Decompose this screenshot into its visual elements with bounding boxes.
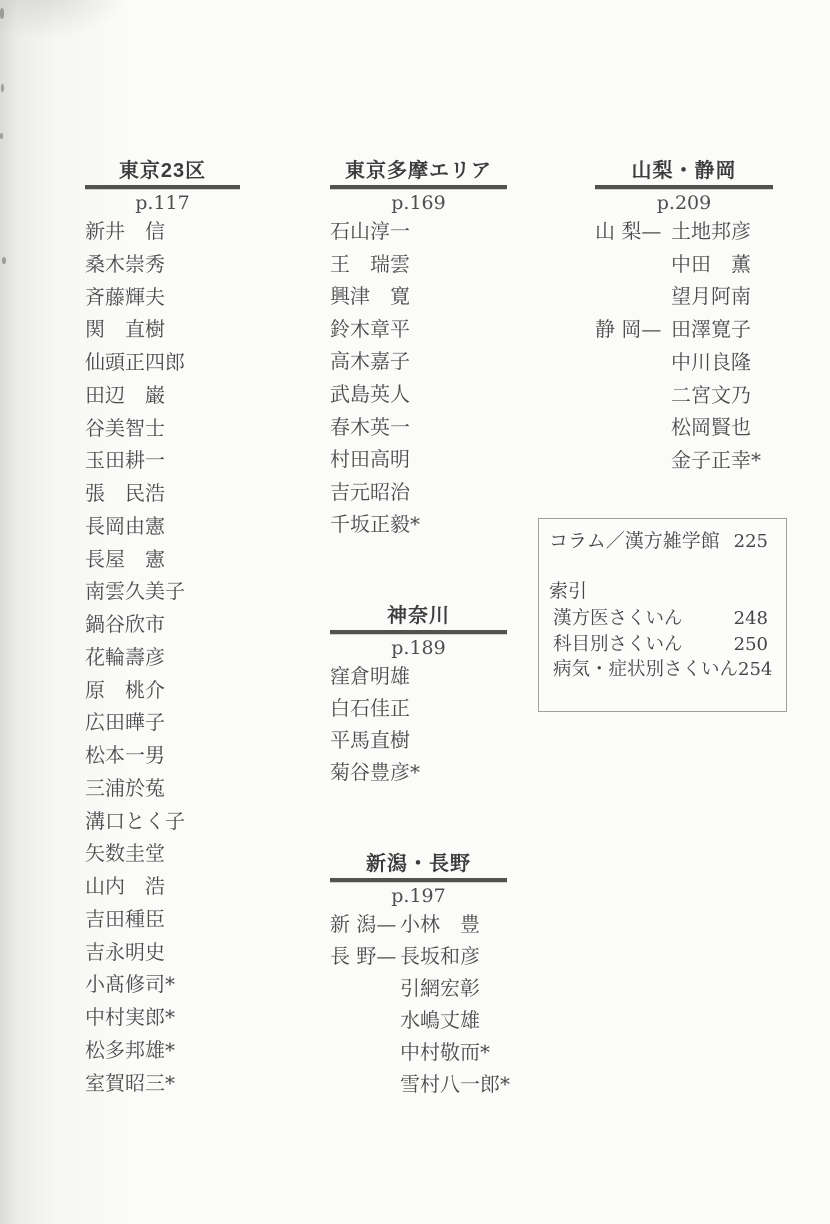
scan-artifact: [0, 133, 3, 139]
section-tokyo-tama: 東京多摩エリア p.169 石山淳一王 瑞雲興津 寛鈴木章平高木嘉子武島英人春木…: [330, 158, 507, 541]
doctor-row: 雪村八一郎*: [330, 1068, 507, 1100]
doctor-row: 望月阿南: [595, 280, 773, 313]
doctor-name: 新井 信: [85, 215, 240, 248]
index-item-page: 254: [738, 657, 772, 683]
region-label: 静 岡—: [595, 313, 671, 346]
doctor-name: 中川良隆: [671, 350, 751, 374]
region-label: 山 梨—: [595, 215, 671, 248]
index-heading: 索引: [549, 580, 768, 604]
section-title: 東京多摩エリア: [330, 158, 507, 184]
doctor-name: 石山淳一: [330, 215, 507, 248]
doctor-name: 吉田種臣: [85, 903, 240, 936]
doctor-name: 三浦於菟: [85, 772, 240, 805]
index-item-label: 病気・症状別さくいん: [553, 657, 738, 681]
scanned-book-page: { "page_kind": "table-of-contents (Kampo…: [0, 0, 830, 1224]
index-item-page: 248: [734, 606, 768, 632]
doctor-name: 高木嘉子: [330, 345, 507, 378]
doctor-name: 長坂和彦: [400, 944, 480, 968]
doctor-name: 王 瑞雲: [330, 248, 507, 281]
doctor-name: 吉永明史: [85, 936, 240, 969]
doctor-name-list: 新井 信桑木崇秀斉藤輝夫関 直樹仙頭正四郎田辺 巌谷美智士玉田耕一張 民浩長岡由…: [85, 215, 240, 1099]
doctor-name: 鍋谷欣市: [85, 608, 240, 641]
doctor-name: 千坂正毅*: [330, 508, 507, 541]
doctor-name: 菊谷豊彦*: [330, 756, 507, 788]
doctor-name: 平馬直樹: [330, 724, 507, 756]
doctor-name: 小髙修司*: [85, 968, 240, 1001]
doctor-name: 望月阿南: [671, 284, 751, 308]
index-item: 病気・症状別さくいん 254: [549, 657, 768, 683]
scan-artifact: [2, 257, 6, 264]
scan-artifact: [1, 84, 4, 92]
section-niigata-nagano: 新潟・長野 p.197 新 潟—小林 豊 長 野—長坂和彦 引網宏彰 水嶋丈雄 …: [330, 851, 507, 1100]
doctor-name: 松多邦雄*: [85, 1034, 240, 1067]
scan-artifact: [0, 8, 4, 19]
doctor-name-list: 山 梨—土地邦彦 中田 薫 望月阿南 静 岡—田澤寛子 中川良隆 二宮文乃 松岡…: [595, 215, 773, 477]
section-tokyo-23ku: 東京23区 p.117 新井 信桑木崇秀斉藤輝夫関 直樹仙頭正四郎田辺 巌谷美智…: [85, 158, 240, 1099]
doctor-name: 鈴木章平: [330, 313, 507, 346]
doctor-name: 土地邦彦: [671, 219, 751, 243]
column-entry: コラム／漢方雑学館 225: [549, 530, 768, 554]
doctor-row: 中村敬而*: [330, 1036, 507, 1068]
section-page-number: p.209: [595, 191, 773, 215]
doctor-name: 雪村八一郎*: [400, 1072, 510, 1096]
doctor-name: 田辺 巌: [85, 379, 240, 412]
doctor-name-list: 新 潟—小林 豊 長 野—長坂和彦 引網宏彰 水嶋丈雄 中村敬而* 雪村八一郎*: [330, 908, 507, 1100]
doctor-name: 吉元昭治: [330, 476, 507, 509]
section-title: 神奈川: [330, 603, 507, 629]
doctor-name: 引網宏彰: [400, 976, 480, 1000]
doctor-name: 窪倉明雄: [330, 660, 507, 692]
doctor-name: 二宮文乃: [671, 383, 751, 407]
doctor-name: 桑木崇秀: [85, 248, 240, 281]
section-kanagawa: 神奈川 p.189 窪倉明雄白石佳正平馬直樹菊谷豊彦*: [330, 603, 507, 788]
doctor-name: 関 直樹: [85, 313, 240, 346]
doctor-row: 山 梨—土地邦彦: [595, 215, 773, 248]
doctor-row: 長 野—長坂和彦: [330, 940, 507, 972]
section-page-number: p.189: [330, 636, 507, 660]
section-title: 山梨・静岡: [595, 158, 773, 184]
header-rule: [330, 630, 507, 634]
doctor-name: 興津 寛: [330, 280, 507, 313]
doctor-name: 玉田耕一: [85, 444, 240, 477]
section-page-number: p.197: [330, 884, 507, 908]
index-item: 漢方医さくいん 248: [549, 606, 768, 632]
doctor-row: 引網宏彰: [330, 972, 507, 1004]
index-item-label: 漢方医さくいん: [553, 606, 683, 630]
section-page-number: p.169: [330, 191, 507, 215]
column-entry-label: コラム／漢方雑学館: [549, 530, 720, 554]
doctor-name: 小林 豊: [400, 912, 480, 936]
doctor-row: 二宮文乃: [595, 379, 773, 412]
index-box: コラム／漢方雑学館 225 索引 漢方医さくいん 248 科目別さくいん 250…: [538, 518, 787, 712]
index-item-page: 250: [734, 632, 768, 658]
doctor-row: 金子正幸*: [595, 444, 773, 477]
doctor-name: 長屋 憲: [85, 543, 240, 576]
index-item-list: 漢方医さくいん 248 科目別さくいん 250 病気・症状別さくいん 254: [549, 606, 768, 683]
doctor-name: 白石佳正: [330, 692, 507, 724]
section-yamanashi-shizuoka: 山梨・静岡 p.209 山 梨—土地邦彦 中田 薫 望月阿南 静 岡—田澤寛子 …: [595, 158, 773, 477]
doctor-name: 室賀昭三*: [85, 1067, 240, 1100]
doctor-name: 南雲久美子: [85, 575, 240, 608]
doctor-row: 新 潟—小林 豊: [330, 908, 507, 940]
doctor-name-list: 窪倉明雄白石佳正平馬直樹菊谷豊彦*: [330, 660, 507, 788]
region-label: 新 潟—: [330, 908, 400, 940]
doctor-name: 中村実郎*: [85, 1001, 240, 1034]
doctor-name: 水嶋丈雄: [400, 1008, 480, 1032]
section-page-number: p.117: [85, 191, 240, 215]
column-entry-page: 225: [734, 531, 768, 552]
doctor-name: 松本一男: [85, 739, 240, 772]
doctor-name: 張 民浩: [85, 477, 240, 510]
doctor-row: 静 岡—田澤寛子: [595, 313, 773, 346]
section-title: 新潟・長野: [330, 851, 507, 877]
header-rule: [85, 185, 240, 189]
doctor-name: 松岡賢也: [671, 415, 751, 439]
doctor-name: 溝口とく子: [85, 805, 240, 838]
doctor-row: 中田 薫: [595, 248, 773, 281]
region-label: 長 野—: [330, 940, 400, 972]
doctor-name: 武島英人: [330, 378, 507, 411]
index-item: 科目別さくいん 250: [549, 632, 768, 658]
doctor-name: 中村敬而*: [400, 1040, 490, 1064]
section-title: 東京23区: [85, 158, 240, 184]
index-item-label: 科目別さくいん: [553, 632, 683, 656]
doctor-row: 松岡賢也: [595, 411, 773, 444]
doctor-name: 中田 薫: [671, 252, 751, 276]
doctor-name: 花輪壽彦: [85, 641, 240, 674]
doctor-row: 中川良隆: [595, 346, 773, 379]
doctor-name: 長岡由憲: [85, 510, 240, 543]
doctor-name: 谷美智士: [85, 412, 240, 445]
doctor-name: 広田曄子: [85, 706, 240, 739]
doctor-name: 村田高明: [330, 443, 507, 476]
doctor-name: 原 桃介: [85, 674, 240, 707]
doctor-name: 矢数圭堂: [85, 837, 240, 870]
doctor-name: 山内 浩: [85, 870, 240, 903]
doctor-name: 斉藤輝夫: [85, 281, 240, 314]
header-rule: [330, 878, 507, 882]
doctor-name-list: 石山淳一王 瑞雲興津 寛鈴木章平高木嘉子武島英人春木英一村田高明吉元昭治千坂正毅…: [330, 215, 507, 541]
doctor-name: 春木英一: [330, 411, 507, 444]
header-rule: [330, 185, 507, 189]
doctor-row: 水嶋丈雄: [330, 1004, 507, 1036]
scan-corner-smudge: [0, 0, 160, 110]
doctor-name: 仙頭正四郎: [85, 346, 240, 379]
doctor-name: 田澤寛子: [671, 317, 751, 341]
header-rule: [595, 185, 773, 189]
doctor-name: 金子正幸*: [671, 448, 761, 472]
